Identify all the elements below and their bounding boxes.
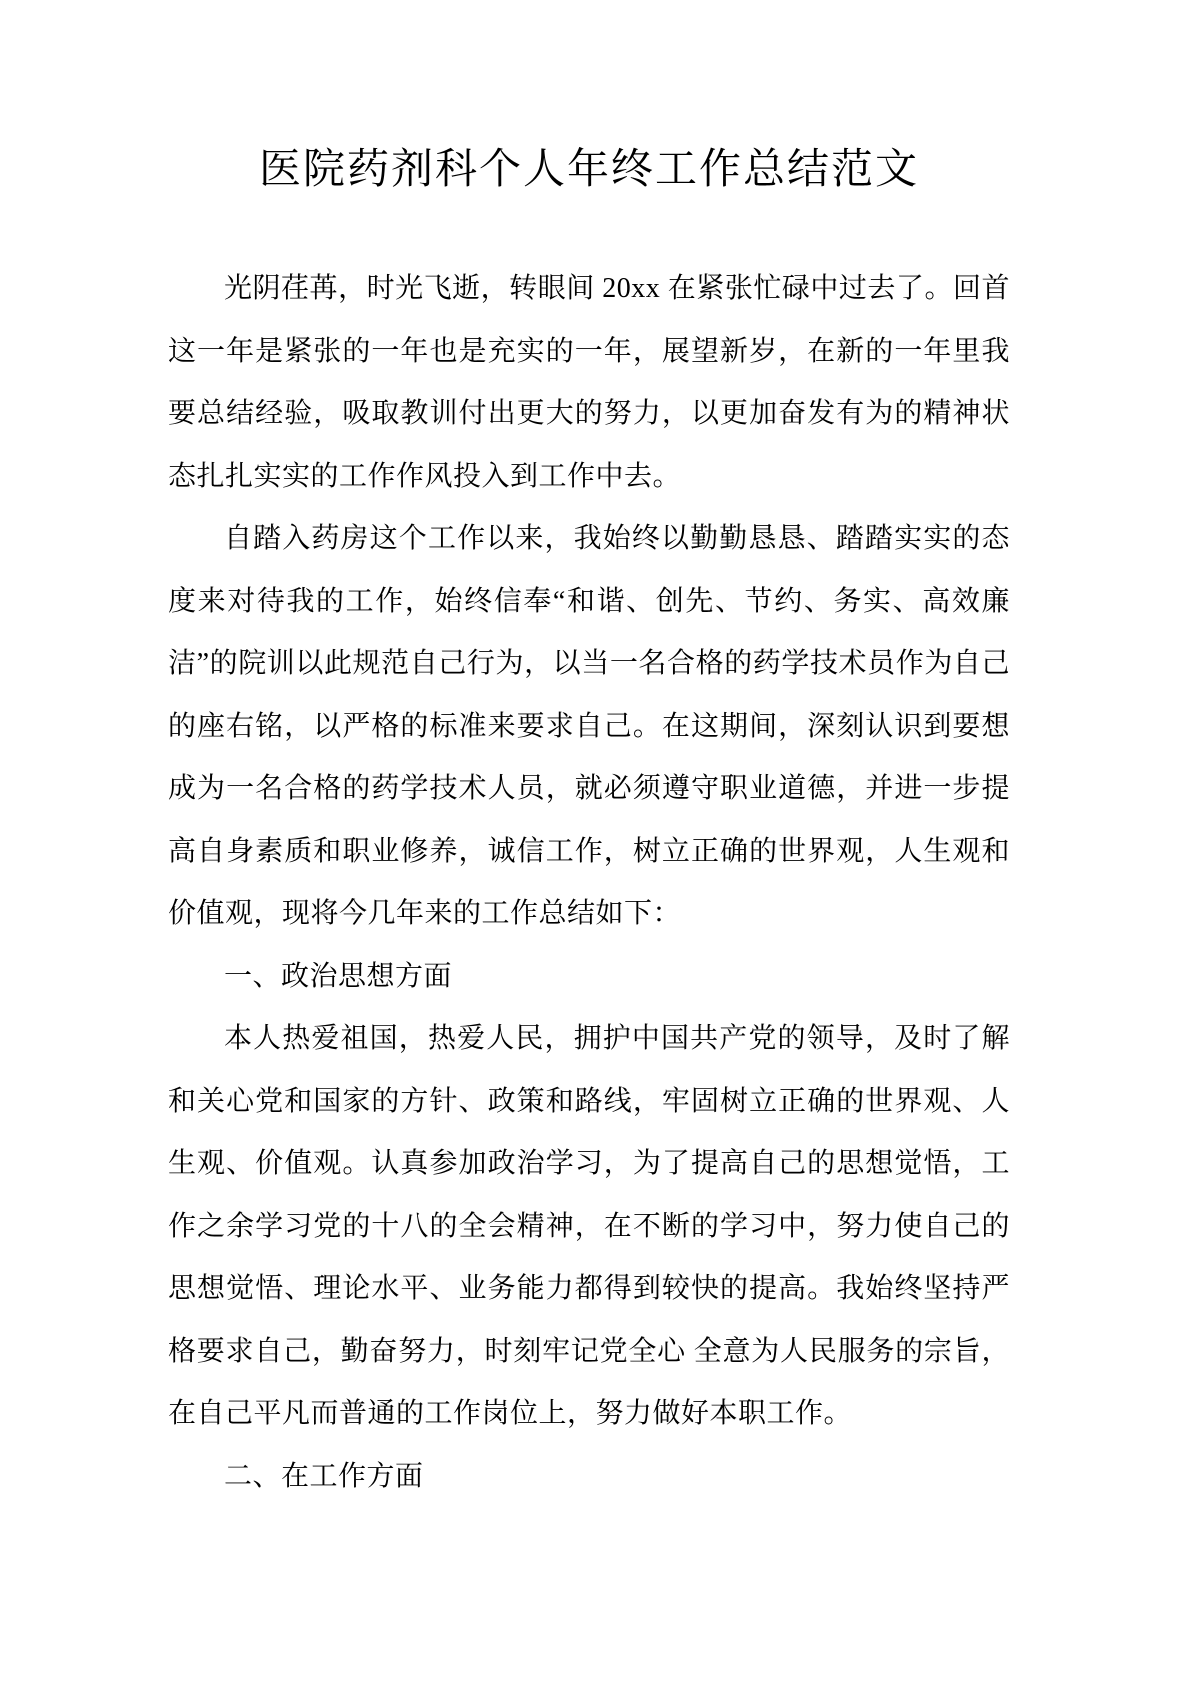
paragraph-intro: 光阴荏苒，时光飞逝，转眼间 20xx 在紧张忙碌中过去了。回首这一年是紧张的一年… — [168, 258, 1010, 508]
document-title: 医院药剂科个人年终工作总结范文 — [168, 138, 1010, 202]
document-content: 医院药剂科个人年终工作总结范文 光阴荏苒，时光飞逝，转眼间 20xx 在紧张忙碌… — [0, 0, 1189, 1508]
paragraph-pharmacy-attitude: 自踏入药房这个工作以来，我始终以勤勤恳恳、踏踏实实的态度来对待我的工作，始终信奉… — [168, 508, 1010, 946]
paragraph-political-thought: 本人热爱祖国，热爱人民，拥护中国共产党的领导，及时了解和关心党和国家的方针、政策… — [168, 1008, 1010, 1446]
section-heading-political-thought: 一、政治思想方面 — [168, 946, 1010, 1009]
document-body: 光阴荏苒，时光飞逝，转眼间 20xx 在紧张忙碌中过去了。回首这一年是紧张的一年… — [168, 258, 1010, 1508]
document-page: 医院药剂科个人年终工作总结范文 光阴荏苒，时光飞逝，转眼间 20xx 在紧张忙碌… — [0, 0, 1189, 1682]
section-heading-work: 二、在工作方面 — [168, 1446, 1010, 1509]
